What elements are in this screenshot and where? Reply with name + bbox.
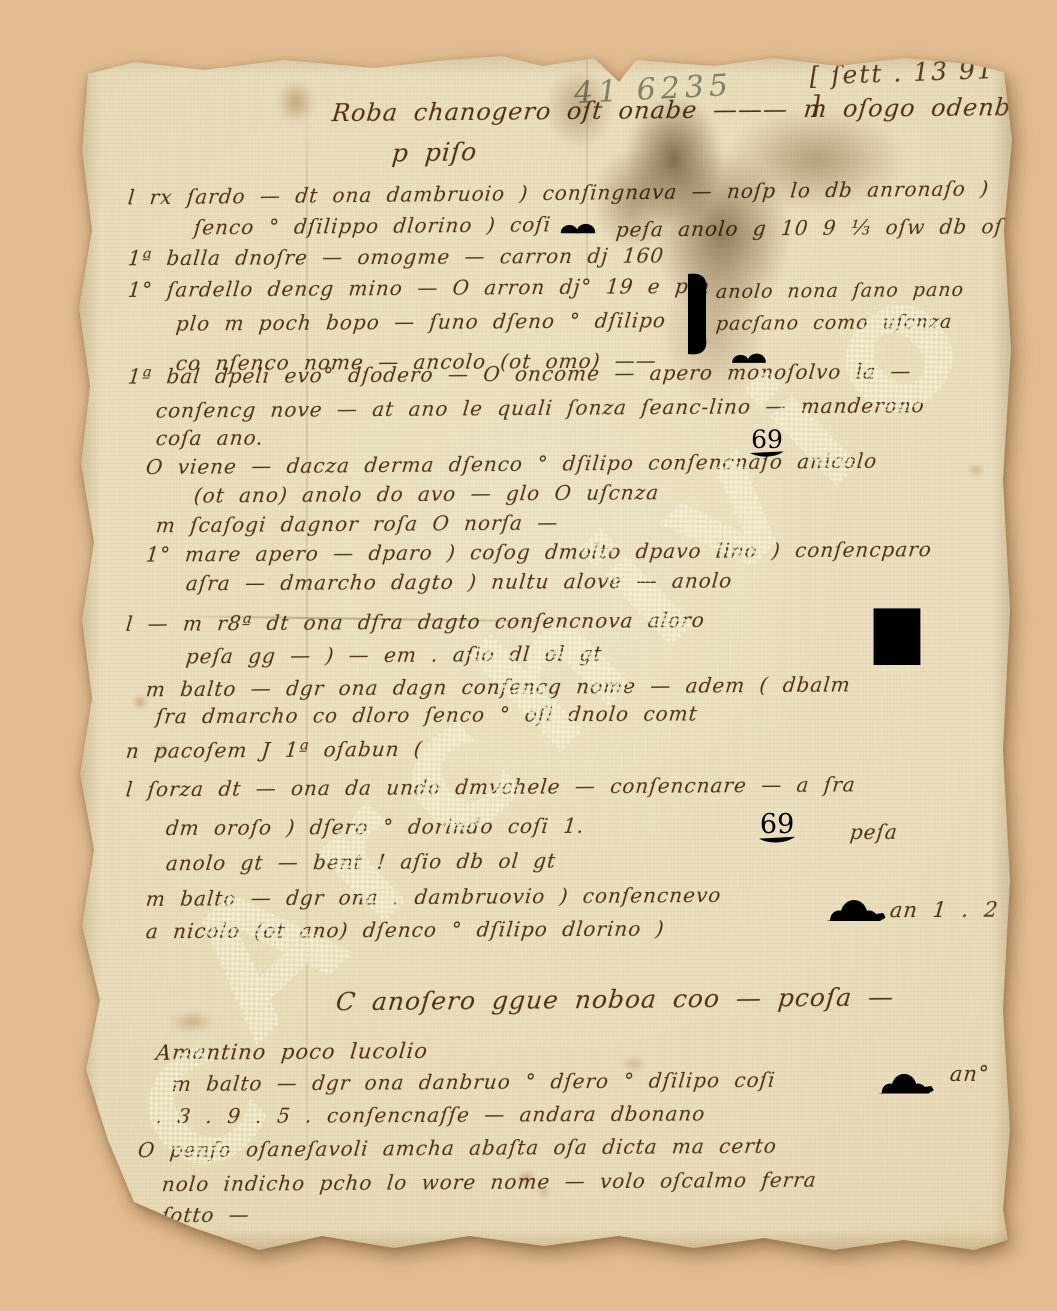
merchant-mark-cross-curls — [750, 788, 804, 846]
merchant-mark-arches — [554, 194, 602, 238]
merchant-mark-arches-large — [824, 860, 888, 934]
merchant-mark-boxed-f — [856, 564, 936, 682]
merchant-marks-layer — [74, 50, 1014, 1256]
manuscript-page: 41 6235 [ ſett . 13 91 ] Roba chanogero … — [74, 50, 1014, 1256]
paper-shadow-wrapper: 41 6235 [ ſett . 13 91 ] Roba chanogero … — [0, 0, 1057, 1311]
merchant-mark-arches — [726, 324, 772, 368]
merchant-mark-arches-large — [876, 1036, 936, 1106]
manuscript-scan: { "colors":{"background":"#e2bd92","pape… — [0, 0, 1057, 1311]
paragraph-bracket — [686, 270, 712, 358]
merchant-mark-cross-curls — [742, 406, 792, 460]
